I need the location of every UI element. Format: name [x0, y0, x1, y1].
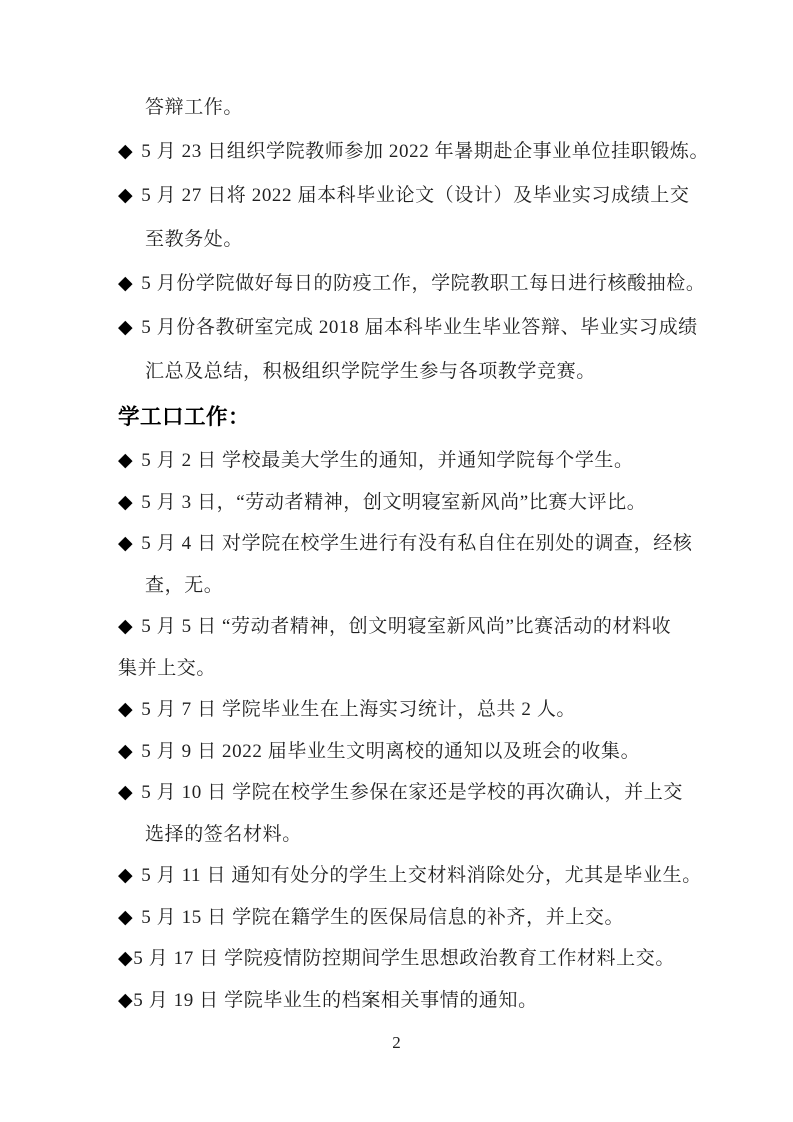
list-item: ◆5 月 11 日 通知有处分的学生上交材料消除处分，尤其是毕业生。 [118, 855, 688, 897]
list-item-text: 5 月 10 日 学院在校学生参保在家还是学校的再次确认，并上交 [141, 782, 683, 803]
diamond-bullet-icon: ◆ [118, 699, 133, 720]
list-item-text: 5 月份各教研室完成 2018 届本科毕业生毕业答辩、毕业实习成绩 [141, 317, 698, 338]
list-item: ◆5 月 9 日 2022 届毕业生文明离校的通知以及班会的收集。 [118, 731, 688, 773]
list-item: ◆5 月份各教研室完成 2018 届本科毕业生毕业答辩、毕业实习成绩 [118, 306, 688, 350]
list-item: ◆5 月 7 日 学院毕业生在上海实习统计，总共 2 人。 [118, 689, 688, 731]
list-item-text: 5 月 7 日 学院毕业生在上海实习统计，总共 2 人。 [141, 699, 576, 720]
list-item-text: 5 月份学院做好每日的防疫工作，学院教职工每日进行核酸抽检。 [141, 273, 705, 294]
list-item-continuation: 查，无。 [118, 565, 688, 607]
list-item: ◆5 月 17 日 学院疫情防控期间学生思想政治教育工作材料上交。 [118, 938, 688, 980]
section-heading-student-affairs: 学工口工作： [118, 395, 688, 440]
list-item-text: 5 月 3 日，“劳动者精神，创文明寝室新风尚”比赛大评比。 [141, 492, 646, 513]
diamond-bullet-icon: ◆ [118, 782, 133, 803]
diamond-bullet-icon: ◆ [118, 948, 133, 969]
list-item: ◆5 月 10 日 学院在校学生参保在家还是学校的再次确认，并上交 [118, 772, 688, 814]
list-item: ◆5 月 15 日 学院在籍学生的医保局信息的补齐，并上交。 [118, 897, 688, 939]
diamond-bullet-icon: ◆ [118, 533, 133, 554]
diamond-bullet-icon: ◆ [118, 990, 133, 1011]
page-number: 2 [0, 1033, 793, 1053]
diamond-bullet-icon: ◆ [118, 185, 133, 206]
diamond-bullet-icon: ◆ [118, 907, 133, 928]
list-item: ◆5 月份学院做好每日的防疫工作，学院教职工每日进行核酸抽检。 [118, 262, 688, 306]
list-item: ◆5 月 2 日 学校最美大学生的通知，并通知学院每个学生。 [118, 440, 688, 482]
list-item-text: 5 月 2 日 学校最美大学生的通知，并通知学院每个学生。 [141, 450, 633, 471]
list-item-continuation: 汇总及总结，积极组织学院学生参与各项教学竞赛。 [118, 350, 688, 394]
list-item-text: 5 月 11 日 通知有处分的学生上交材料消除处分，尤其是毕业生。 [141, 865, 702, 886]
diamond-bullet-icon: ◆ [118, 741, 133, 762]
document-content: 答辩工作。 ◆5 月 23 日组织学院教师参加 2022 年暑期赴企事业单位挂职… [118, 86, 688, 1021]
list-item-text: 5 月 23 日组织学院教师参加 2022 年暑期赴企事业单位挂职锻炼。 [141, 141, 709, 162]
list-item: ◆5 月 3 日，“劳动者精神，创文明寝室新风尚”比赛大评比。 [118, 482, 688, 524]
diamond-bullet-icon: ◆ [118, 450, 133, 471]
list-item-text: 5 月 4 日 对学院在校学生进行有没有私自住在别处的调查，经核 [141, 533, 692, 554]
diamond-bullet-icon: ◆ [118, 141, 133, 162]
list-item-continuation-flush: 集并上交。 [118, 648, 688, 690]
list-item-continuation: 选择的签名材料。 [118, 814, 688, 856]
diamond-bullet-icon: ◆ [118, 273, 133, 294]
list-item: ◆5 月 19 日 学院毕业生的档案相关事情的通知。 [118, 980, 688, 1022]
student-affairs-section: ◆5 月 2 日 学校最美大学生的通知，并通知学院每个学生。 ◆5 月 3 日，… [118, 440, 688, 1021]
teaching-work-section: 答辩工作。 ◆5 月 23 日组织学院教师参加 2022 年暑期赴企事业单位挂职… [118, 86, 688, 394]
diamond-bullet-icon: ◆ [118, 317, 133, 338]
list-item: ◆5 月 23 日组织学院教师参加 2022 年暑期赴企事业单位挂职锻炼。 [118, 130, 688, 174]
paragraph-continuation-line: 答辩工作。 [118, 86, 688, 130]
diamond-bullet-icon: ◆ [118, 616, 133, 637]
list-item-text: 5 月 17 日 学院疫情防控期间学生思想政治教育工作材料上交。 [133, 948, 675, 969]
list-item-text: 5 月 9 日 2022 届毕业生文明离校的通知以及班会的收集。 [141, 741, 640, 762]
diamond-bullet-icon: ◆ [118, 492, 133, 513]
list-item: ◆5 月 27 日将 2022 届本科毕业论文（设计）及毕业实习成绩上交 [118, 174, 688, 218]
list-item-text: 5 月 19 日 学院毕业生的档案相关事情的通知。 [133, 990, 538, 1011]
list-item-text: 5 月 27 日将 2022 届本科毕业论文（设计）及毕业实习成绩上交 [141, 185, 689, 206]
list-item-text: 5 月 15 日 学院在籍学生的医保局信息的补齐，并上交。 [141, 907, 624, 928]
document-page: 答辩工作。 ◆5 月 23 日组织学院教师参加 2022 年暑期赴企事业单位挂职… [0, 0, 793, 1122]
list-item-continuation: 至教务处。 [118, 218, 688, 262]
list-item: ◆5 月 5 日 “劳动者精神，创文明寝室新风尚”比赛活动的材料收 [118, 606, 688, 648]
diamond-bullet-icon: ◆ [118, 865, 133, 886]
list-item: ◆5 月 4 日 对学院在校学生进行有没有私自住在别处的调查，经核 [118, 523, 688, 565]
list-item-text: 5 月 5 日 “劳动者精神，创文明寝室新风尚”比赛活动的材料收 [141, 616, 671, 637]
